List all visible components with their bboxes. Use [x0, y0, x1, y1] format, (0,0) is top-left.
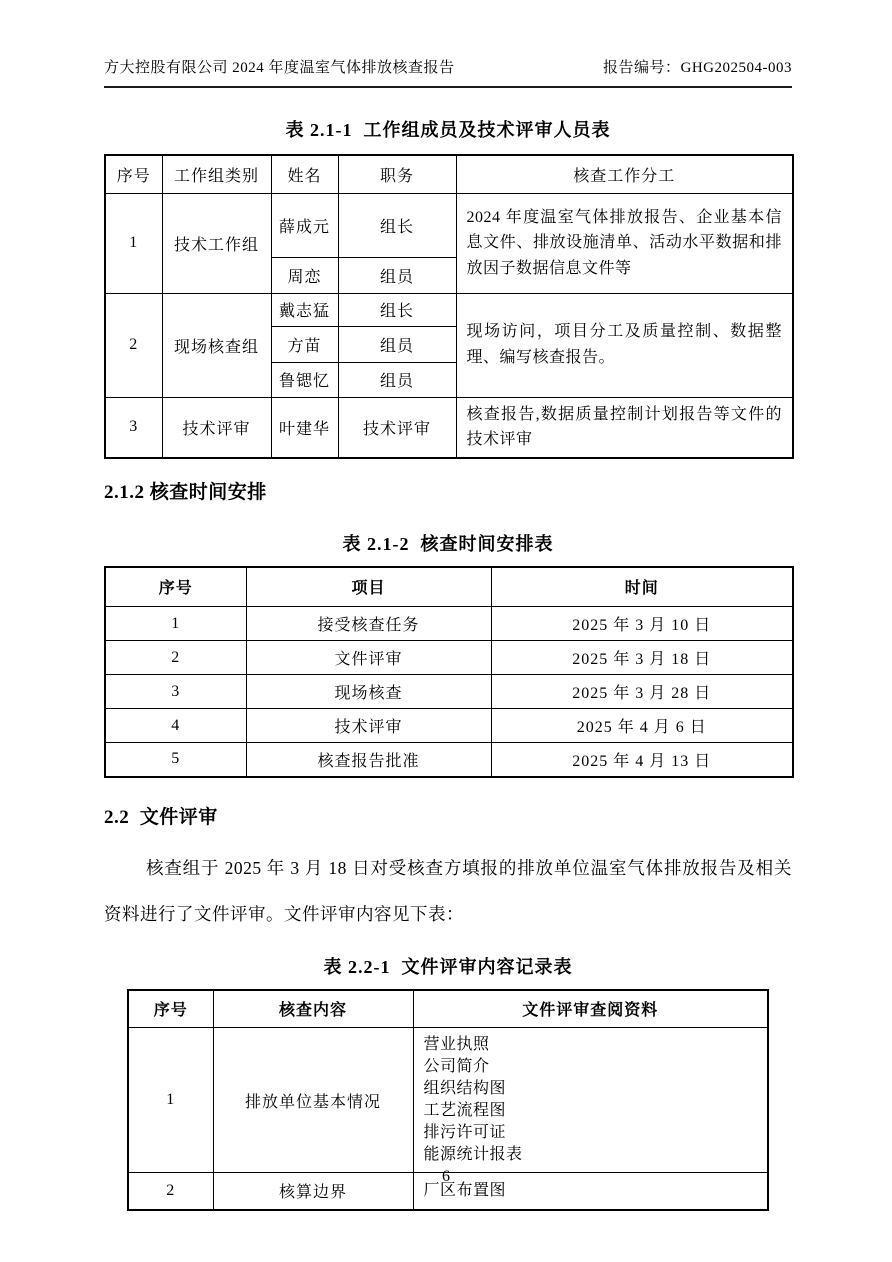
table-row: 4 技术评审 2025 年 4 月 6 日 [105, 709, 793, 743]
table-header-row: 序号 项目 时间 [105, 567, 793, 607]
cell-item: 技术评审 [246, 709, 491, 743]
work-group-table: 序号 工作组类别 姓名 职务 核查工作分工 1 技术工作组 薛成元 组长 202… [104, 154, 794, 459]
section-heading-2-1-2: 2.1.2 核查时间安排 [104, 477, 792, 504]
col-header-no: 序号 [128, 990, 213, 1028]
col-header-name: 姓名 [271, 155, 338, 193]
col-header-content: 核查内容 [213, 990, 413, 1028]
cell-materials: 营业执照 公司简介 组织结构图 工艺流程图 排污许可证 能源统计报表 [413, 1028, 768, 1173]
cell-member-name: 叶建华 [271, 397, 338, 458]
cell-content: 排放单位基本情况 [213, 1028, 413, 1173]
material-line: 营业执照 [424, 1034, 758, 1056]
cell-member-role: 组长 [338, 193, 456, 257]
col-header-duty: 核查工作分工 [456, 155, 793, 193]
cell-item: 接受核查任务 [246, 607, 491, 641]
table-row: 3 现场核查 2025 年 3 月 28 日 [105, 675, 793, 709]
cell-member-role: 组员 [338, 362, 456, 397]
cell-member-role: 组员 [338, 257, 456, 293]
material-line: 能源统计报表 [424, 1144, 758, 1166]
table-2-1-1-title: 表 2.1-1 工作组成员及技术评审人员表 [104, 116, 792, 142]
cell-duty: 现场访问，项目分工及质量控制、数据整理、编写核查报告。 [456, 293, 793, 397]
cell-no: 1 [128, 1028, 213, 1173]
table-row: 1 排放单位基本情况 营业执照 公司简介 组织结构图 工艺流程图 排污许可证 能… [128, 1028, 768, 1173]
cell-time: 2025 年 4 月 13 日 [491, 743, 793, 777]
cell-duty: 核查报告,数据质量控制计划报告等文件的技术评审 [456, 397, 793, 458]
cell-time: 2025 年 3 月 28 日 [491, 675, 793, 709]
col-header-time: 时间 [491, 567, 793, 607]
cell-member-role: 技术评审 [338, 397, 456, 458]
table-2-1-2-title: 表 2.1-2 核查时间安排表 [104, 530, 792, 556]
cell-no: 2 [105, 641, 246, 675]
material-line: 工艺流程图 [424, 1100, 758, 1122]
table-row: 2 现场核查组 戴志猛 组长 现场访问，项目分工及质量控制、数据整理、编写核查报… [105, 293, 793, 326]
cell-member-name: 方苗 [271, 326, 338, 362]
col-header-no: 序号 [105, 567, 246, 607]
cell-member-name: 戴志猛 [271, 293, 338, 326]
cell-member-name: 鲁锶忆 [271, 362, 338, 397]
cell-item: 现场核查 [246, 675, 491, 709]
table-header-row: 序号 工作组类别 姓名 职务 核查工作分工 [105, 155, 793, 193]
cell-member-role: 组长 [338, 293, 456, 326]
cell-group-type: 现场核查组 [162, 293, 271, 397]
cell-group-type: 技术评审 [162, 397, 271, 458]
col-header-no: 序号 [105, 155, 162, 193]
cell-no: 3 [105, 675, 246, 709]
cell-member-name: 薛成元 [271, 193, 338, 257]
col-header-position: 职务 [338, 155, 456, 193]
cell-member-name: 周恋 [271, 257, 338, 293]
cell-group-type: 技术工作组 [162, 193, 271, 293]
cell-item: 核查报告批准 [246, 743, 491, 777]
header-report-number: 报告编号：GHG202504-003 [603, 56, 792, 77]
table-row: 1 接受核查任务 2025 年 3 月 10 日 [105, 607, 793, 641]
header-report-title: 方大控股有限公司 2024 年度温室气体排放核查报告 [104, 56, 455, 77]
col-header-group-type: 工作组类别 [162, 155, 271, 193]
running-header: 方大控股有限公司 2024 年度温室气体排放核查报告 报告编号：GHG20250… [104, 56, 792, 88]
cell-no: 2 [105, 293, 162, 397]
cell-no: 1 [105, 607, 246, 641]
col-header-materials: 文件评审查阅资料 [413, 990, 768, 1028]
table-2-2-1-title: 表 2.2-1 文件评审内容记录表 [104, 953, 792, 979]
cell-member-role: 组员 [338, 326, 456, 362]
schedule-table: 序号 项目 时间 1 接受核查任务 2025 年 3 月 10 日 2 文件评审… [104, 566, 794, 778]
report-page: 方大控股有限公司 2024 年度温室气体排放核查报告 报告编号：GHG20250… [0, 0, 892, 1262]
table-row: 1 技术工作组 薛成元 组长 2024 年度温室气体排放报告、企业基本信息文件、… [105, 193, 793, 257]
cell-duty: 2024 年度温室气体排放报告、企业基本信息文件、排放设施清单、活动水平数据和排… [456, 193, 793, 293]
cell-no: 4 [105, 709, 246, 743]
cell-item: 文件评审 [246, 641, 491, 675]
table-row: 3 技术评审 叶建华 技术评审 核查报告,数据质量控制计划报告等文件的技术评审 [105, 397, 793, 458]
table-row: 5 核查报告批准 2025 年 4 月 13 日 [105, 743, 793, 777]
section-2-2-paragraph: 核查组于 2025 年 3 月 18 日对受核查方填报的排放单位温室气体排放报告… [104, 845, 792, 937]
cell-no: 3 [105, 397, 162, 458]
table-header-row: 序号 核查内容 文件评审查阅资料 [128, 990, 768, 1028]
cell-no: 5 [105, 743, 246, 777]
table-row: 2 文件评审 2025 年 3 月 18 日 [105, 641, 793, 675]
page-number: 6 [0, 1168, 892, 1186]
material-line: 公司简介 [424, 1056, 758, 1078]
col-header-item: 项目 [246, 567, 491, 607]
material-line: 组织结构图 [424, 1078, 758, 1100]
cell-time: 2025 年 3 月 18 日 [491, 641, 793, 675]
material-line: 排污许可证 [424, 1122, 758, 1144]
document-page: { "page_header": { "left_title": "方大控股有限… [0, 0, 892, 1262]
section-heading-2-2: 2.2 文件评审 [104, 802, 792, 829]
cell-no: 1 [105, 193, 162, 293]
cell-time: 2025 年 3 月 10 日 [491, 607, 793, 641]
cell-time: 2025 年 4 月 6 日 [491, 709, 793, 743]
